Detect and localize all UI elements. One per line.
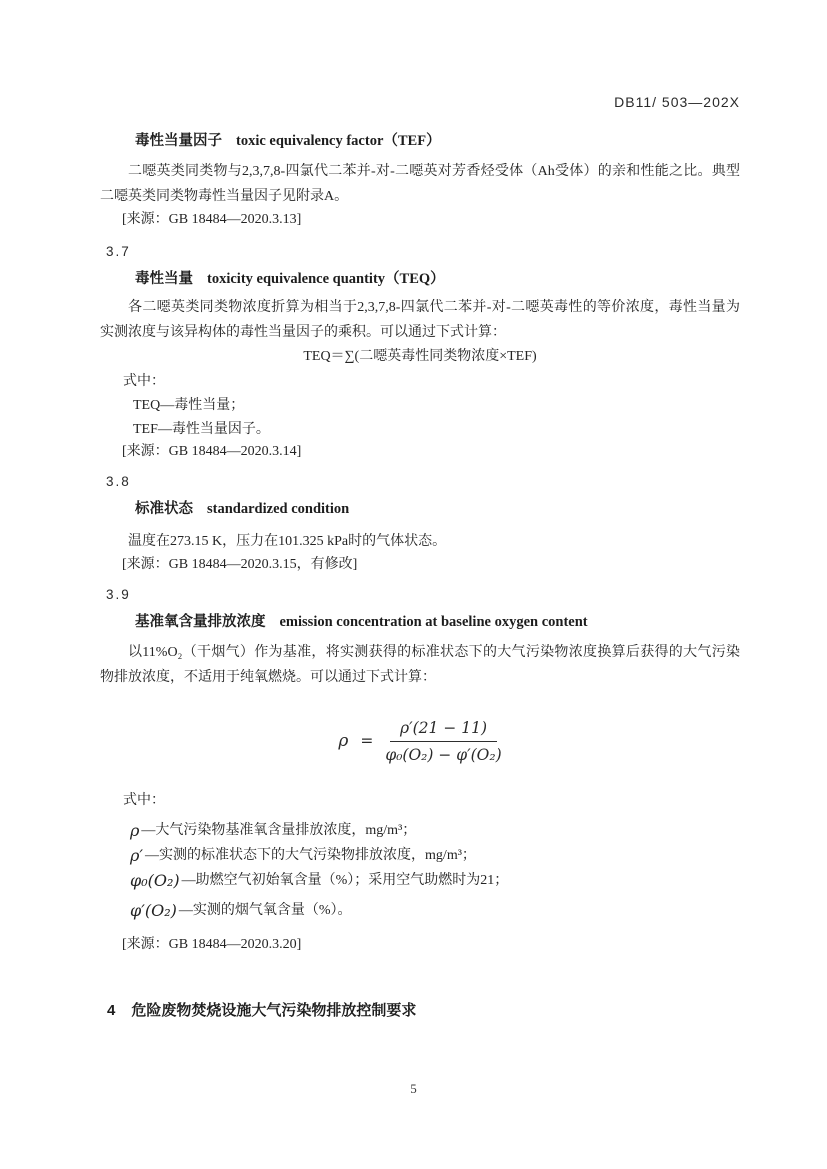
term-std-definition: 温度在273.15 K，压力在101.325 kPa时的气体状态。 (100, 529, 740, 554)
document-page: DB11/ 503—202X 毒性当量因子toxic equivalency f… (0, 0, 827, 1169)
term-std-zh: 标准状态 (135, 501, 193, 517)
o2-where-label: 式中： (123, 790, 740, 812)
term-teq-source: [来源：GB 18484—2020.3.14] (122, 441, 740, 463)
o2-def-phi0: φ₀(O₂) —助燃空气初始氧含量（%）；采用空气助燃时为21； (130, 869, 740, 892)
rho-formula-equals: = (360, 732, 373, 750)
section-number-3-9: 3.9 (106, 586, 740, 604)
term-tef-definition: 二噁英类同类物与2,3,7,8-四氯代二苯并-对-二噁英对芳香烃受体（Ah受体）… (100, 159, 740, 209)
rho-symbol: ρ (130, 820, 139, 842)
rho-formula-fraction: ρ′(21 − 11) φ₀(O₂) − φ′(O₂) (385, 719, 501, 764)
term-tef-source: [来源：GB 18484—2020.3.13] (122, 209, 740, 231)
page-number: 5 (0, 1081, 827, 1097)
o2-def-phi-prime: φ′(O₂) —实测的烟气氧含量（%）。 (130, 899, 740, 922)
rho-formula-lhs: ρ (338, 731, 348, 751)
term-tef-zh: 毒性当量因子 (135, 133, 222, 149)
standard-code-header: DB11/ 503—202X (100, 94, 740, 111)
term-std-en: standardized condition (207, 501, 349, 517)
chapter-4-number: 4 (107, 1002, 116, 1019)
term-teq-en: toxicity equivalence quantity（TEQ） (207, 271, 445, 287)
term-o2-en: emission concentration at baseline oxyge… (280, 614, 588, 630)
term-tef-en: toxic equivalency factor（TEF） (236, 133, 441, 149)
teq-where-label: 式中： (123, 371, 740, 393)
rho-prime-symbol-text: —实测的标准状态下的大气污染物排放浓度，mg/m³； (145, 844, 476, 867)
o2-def-rho-prime: ρ′ —实测的标准状态下的大气污染物排放浓度，mg/m³； (130, 844, 740, 867)
chapter-4-title: 危险废物焚烧设施大气污染物排放控制要求 (131, 1002, 416, 1019)
rho-formula: ρ = ρ′(21 − 11) φ₀(O₂) − φ′(O₂) (100, 706, 740, 776)
term-o2-source: [来源：GB 18484—2020.3.20] (122, 934, 740, 956)
rho-formula-numerator: ρ′(21 − 11) (390, 719, 497, 742)
teq-def-teq: TEQ—毒性当量； (133, 395, 740, 417)
chapter-4-heading: 4危险废物焚烧设施大气污染物排放控制要求 (107, 1000, 740, 1022)
phi-prime-symbol-text: —实测的烟气氧含量（%）。 (179, 899, 352, 922)
phi-prime-symbol: φ′(O₂) (130, 900, 177, 922)
rho-prime-symbol: ρ′ (130, 845, 143, 867)
term-teq-definition: 各二噁英类同类物浓度折算为相当于2,3,7,8-四氯代二苯并-对-二噁英毒性的等… (100, 295, 740, 345)
term-o2-zh: 基准氧含量排放浓度 (135, 614, 266, 630)
teq-def-tef: TEF—毒性当量因子。 (133, 419, 740, 441)
term-heading-tef: 毒性当量因子toxic equivalency factor（TEF） (135, 131, 740, 151)
teq-formula: TEQ＝∑(二噁英毒性同类物浓度×TEF) (100, 345, 740, 369)
term-std-source: [来源：GB 18484—2020.3.15，有修改] (122, 554, 740, 576)
term-heading-o2: 基准氧含量排放浓度emission concentration at basel… (135, 612, 740, 632)
rho-symbol-text: —大气污染物基准氧含量排放浓度，mg/m³； (141, 819, 416, 842)
rho-formula-denominator: φ₀(O₂) − φ′(O₂) (385, 742, 501, 764)
o2-def-rho: ρ —大气污染物基准氧含量排放浓度，mg/m³； (130, 819, 740, 842)
term-teq-zh: 毒性当量 (135, 271, 193, 287)
phi0-symbol-text: —助燃空气初始氧含量（%）；采用空气助燃时为21； (182, 869, 509, 892)
section-number-3-7: 3.7 (106, 243, 740, 261)
term-heading-teq: 毒性当量toxicity equivalence quantity（TEQ） (135, 269, 740, 289)
phi0-symbol: φ₀(O₂) (130, 870, 180, 892)
term-o2-definition: 以11%O₂（干烟气）作为基准，将实测获得的标准状态下的大气污染物浓度换算后获得… (100, 640, 740, 690)
section-number-3-8: 3.8 (106, 473, 740, 491)
term-heading-std: 标准状态standardized condition (135, 499, 740, 519)
